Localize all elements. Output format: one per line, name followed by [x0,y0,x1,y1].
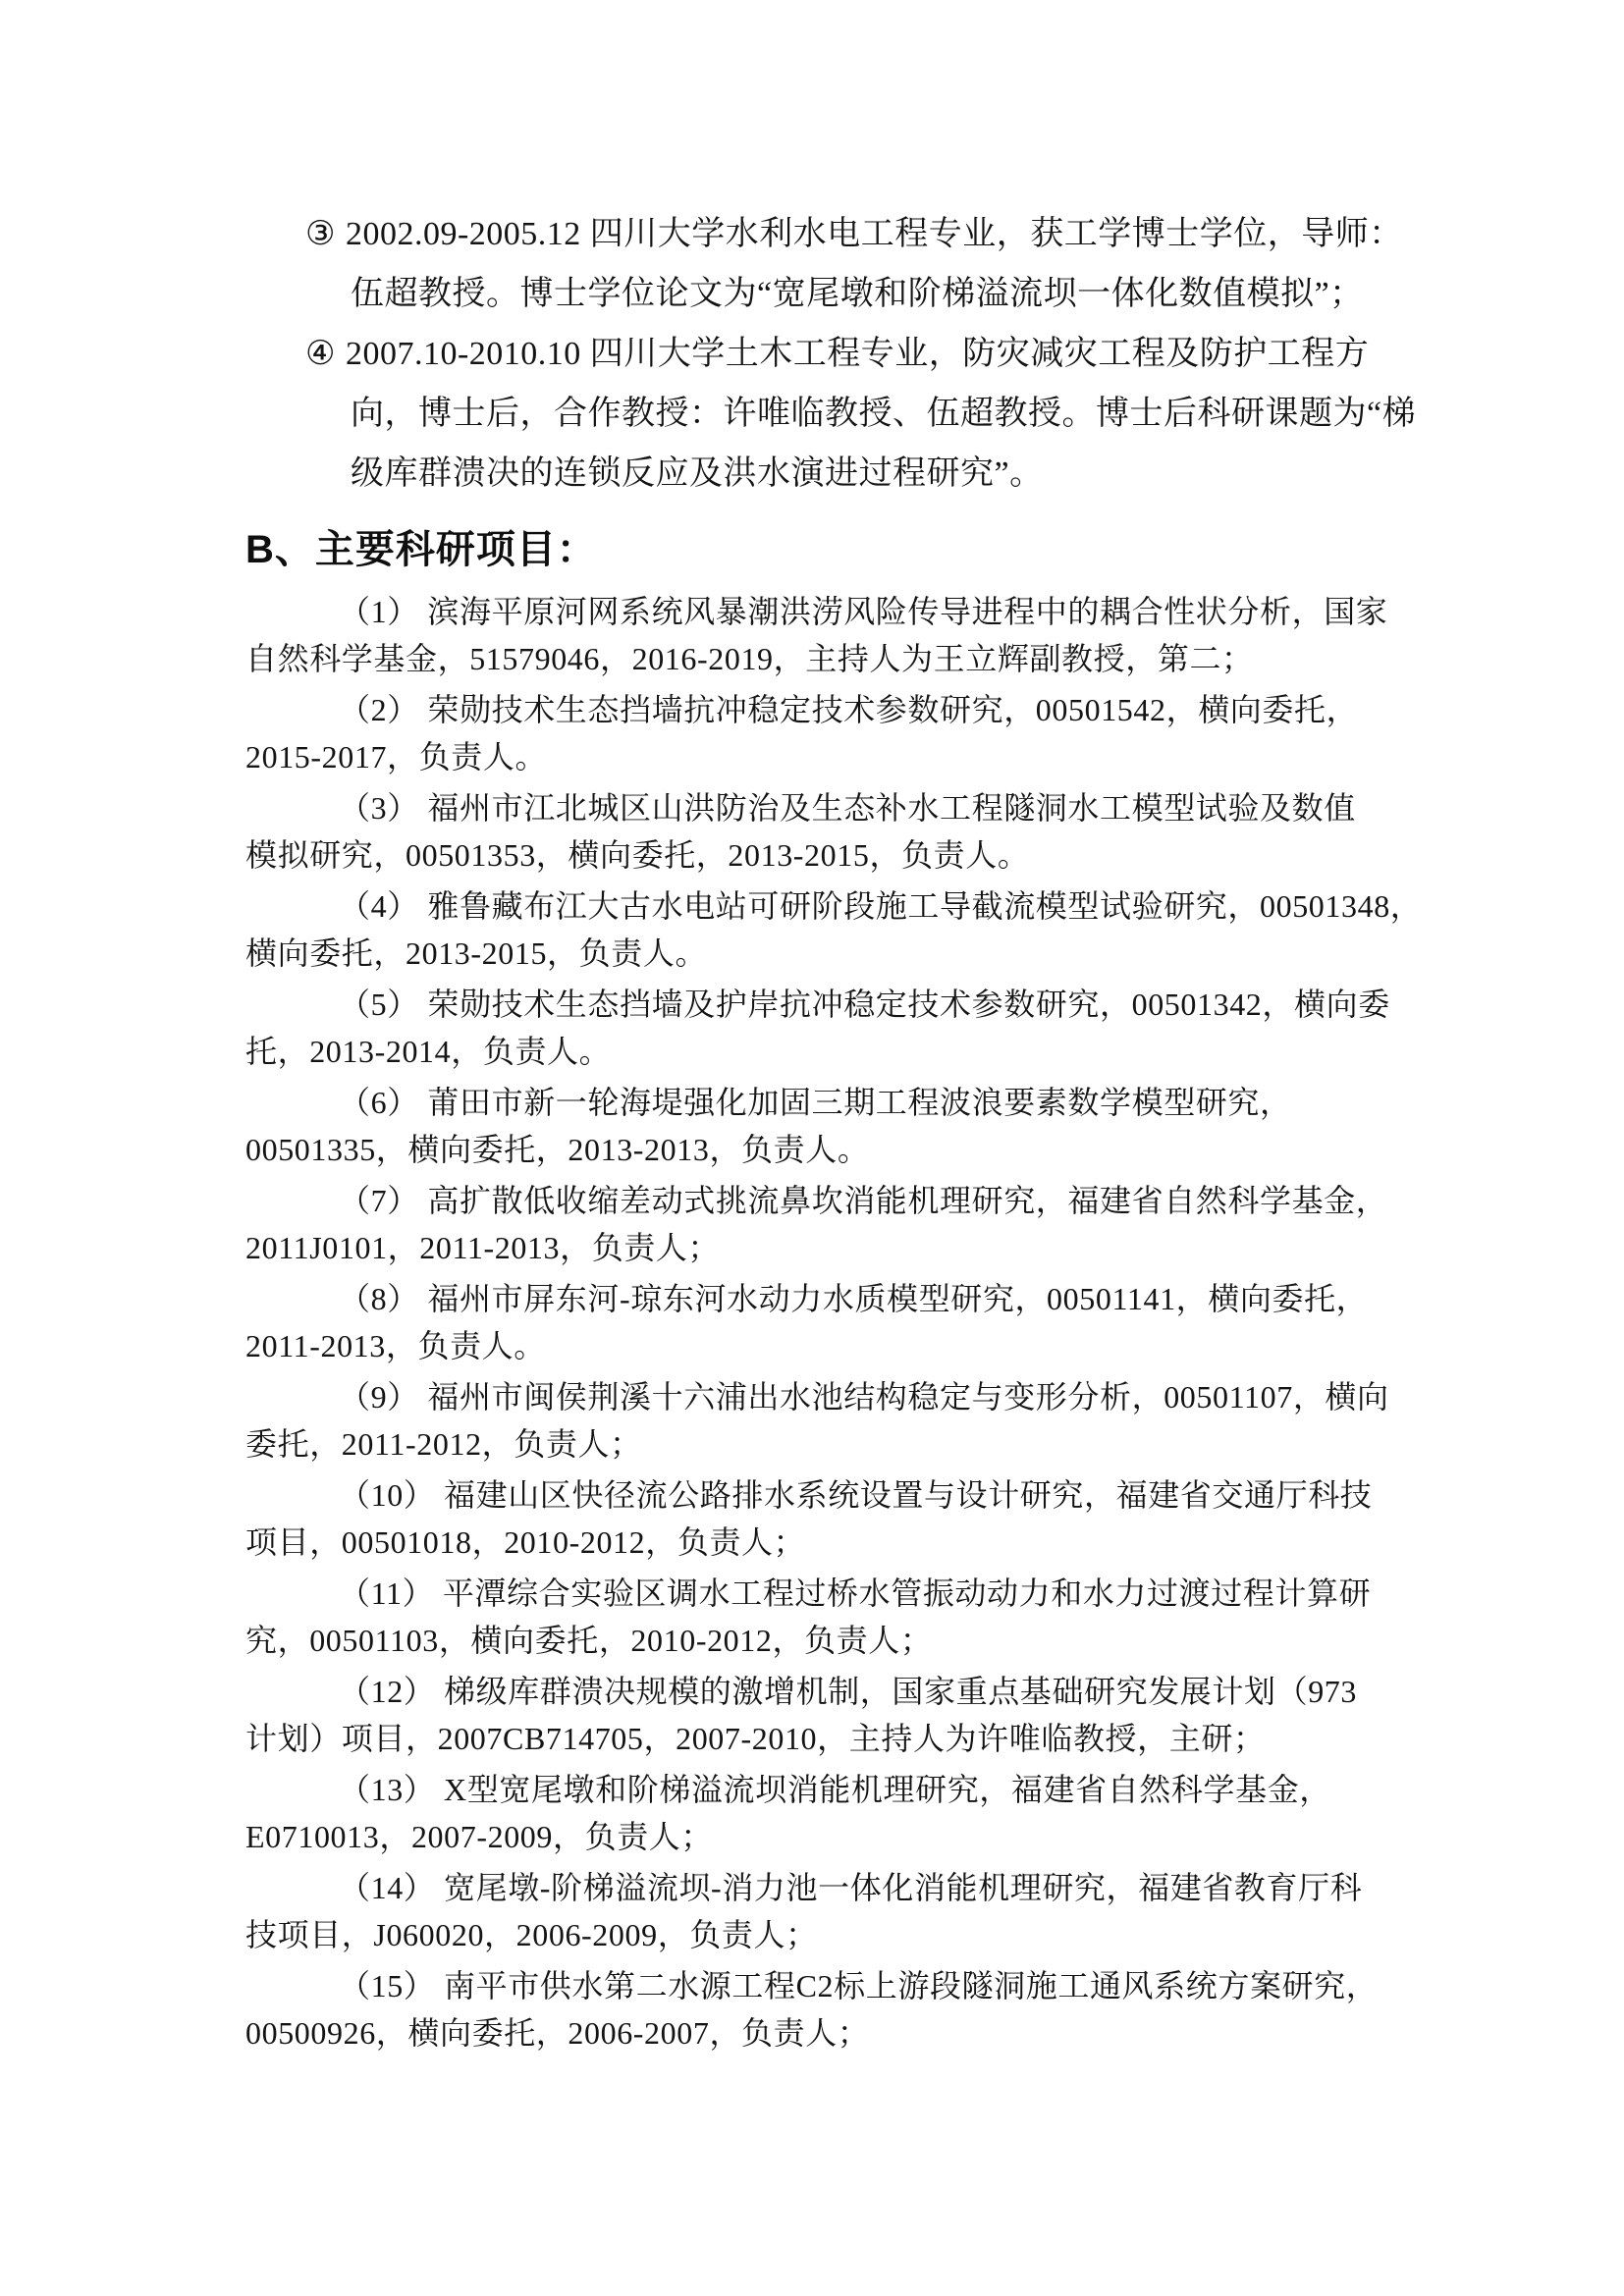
project-line: （6） 莆田市新一轮海堤强化加固三期工程波浪要素数学模型研究， [0,1079,1624,1126]
list-marker-circled-3: ③ [305,204,336,264]
project-line: 技项目，J060020，2006-2009，负责人； [0,1911,1624,1958]
project-line: 00501335，横向委托，2013-2013，负责人。 [0,1126,1624,1173]
project-item-10: （10） 福建山区快径流公路排水系统设置与设计研究，福建省交通厅科技 项目，00… [0,1471,1624,1566]
project-item-12: （12） 梯级库群溃决规模的激增机制，国家重点基础研究发展计划（973 计划）项… [0,1668,1624,1762]
project-line: （8） 福州市屏东河-琼东河水动力水质模型研究，00501141，横向委托， [0,1275,1624,1322]
project-line: 00500926，横向委托，2006-2007，负责人； [0,2009,1624,2056]
project-line: 2015-2017，负责人。 [0,733,1624,780]
project-line: （13） X型宽尾墩和阶梯溢流坝消能机理研究，福建省自然科学基金， [0,1766,1624,1813]
project-item-3: （3） 福州市江北城区山洪防治及生态补水工程隧洞水工模型试验及数值 模拟研究，0… [0,784,1624,879]
project-line: 究，00501103，横向委托，2010-2012，负责人； [0,1617,1624,1664]
education-line: 伍超教授。博士学位论文为“宽尾墩和阶梯溢流坝一体化数值模拟”； [0,264,1624,324]
project-line: 委托，2011-2012，负责人； [0,1420,1624,1468]
document-page: ③2002.09-2005.12 四川大学水利水电工程专业，获工学博士学位，导师… [0,0,1624,2296]
project-line: （9） 福州市闽侯荆溪十六浦出水池结构稳定与变形分析，00501107，横向 [0,1373,1624,1420]
education-line-text: 2007.10-2010.10 四川大学土木工程专业，防灾减灾工程及防护工程方 [346,336,1369,372]
project-line: 自然科学基金，51579046，2016-2019，主持人为王立辉副教授，第二； [0,635,1624,682]
project-item-2: （2） 荣勋技术生态挡墙抗冲稳定技术参数研究，00501542，横向委托， 20… [0,686,1624,780]
project-item-8: （8） 福州市屏东河-琼东河水动力水质模型研究，00501141，横向委托， 2… [0,1275,1624,1369]
project-item-1: （1） 滨海平原河网系统风暴潮洪涝风险传导进程中的耦合性状分析，国家 自然科学基… [0,588,1624,682]
project-line: （4） 雅鲁藏布江大古水电站可研阶段施工导截流模型试验研究，00501348， [0,882,1624,930]
project-line: （3） 福州市江北城区山洪防治及生态补水工程隧洞水工模型试验及数值 [0,784,1624,831]
project-line: （10） 福建山区快径流公路排水系统设置与设计研究，福建省交通厅科技 [0,1471,1624,1519]
project-line: 计划）项目，2007CB714705，2007-2010，主持人为许唯临教授，主… [0,1715,1624,1762]
project-line: （5） 荣勋技术生态挡墙及护岸抗冲稳定技术参数研究，00501342，横向委 [0,981,1624,1028]
education-item-4: ④2007.10-2010.10 四川大学土木工程专业，防灾减灾工程及防护工程方… [0,324,1624,504]
project-line: E0710013，2007-2009，负责人； [0,1813,1624,1860]
education-line: 向，博士后，合作教授：许唯临教授、伍超教授。博士后科研课题为“梯 [0,384,1624,444]
research-projects-list: （1） 滨海平原河网系统风暴潮洪涝风险传导进程中的耦合性状分析，国家 自然科学基… [0,588,1624,2056]
education-line-text: 2002.09-2005.12 四川大学水利水电工程专业，获工学博士学位，导师： [346,216,1403,252]
education-line: 级库群溃决的连锁反应及洪水演进过程研究”。 [0,444,1624,504]
list-marker-circled-4: ④ [305,324,336,384]
project-item-15: （15） 南平市供水第二水源工程C2标上游段隧洞施工通风系统方案研究， 0050… [0,1962,1624,2056]
page-content: ③2002.09-2005.12 四川大学水利水电工程专业，获工学博士学位，导师… [0,0,1624,2060]
project-line: 2011J0101，2011-2013，负责人； [0,1224,1624,1271]
section-b-heading: B、主要科研项目： [0,520,1624,579]
project-line: 项目，00501018，2010-2012，负责人； [0,1519,1624,1566]
project-item-4: （4） 雅鲁藏布江大古水电站可研阶段施工导截流模型试验研究，00501348， … [0,882,1624,977]
project-item-9: （9） 福州市闽侯荆溪十六浦出水池结构稳定与变形分析，00501107，横向 委… [0,1373,1624,1468]
project-line: （2） 荣勋技术生态挡墙抗冲稳定技术参数研究，00501542，横向委托， [0,686,1624,733]
project-line: （15） 南平市供水第二水源工程C2标上游段隧洞施工通风系统方案研究， [0,1962,1624,2009]
project-line: （12） 梯级库群溃决规模的激增机制，国家重点基础研究发展计划（973 [0,1668,1624,1715]
education-line: ④2007.10-2010.10 四川大学土木工程专业，防灾减灾工程及防护工程方 [0,324,1624,384]
project-line: （11） 平潭综合实验区调水工程过桥水管振动动力和水力过渡过程计算研 [0,1570,1624,1617]
project-item-11: （11） 平潭综合实验区调水工程过桥水管振动动力和水力过渡过程计算研 究，005… [0,1570,1624,1664]
project-line: （7） 高扩散低收缩差动式挑流鼻坎消能机理研究，福建省自然科学基金， [0,1177,1624,1224]
project-item-5: （5） 荣勋技术生态挡墙及护岸抗冲稳定技术参数研究，00501342，横向委 托… [0,981,1624,1075]
project-item-14: （14） 宽尾墩-阶梯溢流坝-消力池一体化消能机理研究，福建省教育厅科 技项目，… [0,1864,1624,1958]
project-line: （1） 滨海平原河网系统风暴潮洪涝风险传导进程中的耦合性状分析，国家 [0,588,1624,635]
project-line: 模拟研究，00501353，横向委托，2013-2015，负责人。 [0,831,1624,879]
project-item-7: （7） 高扩散低收缩差动式挑流鼻坎消能机理研究，福建省自然科学基金， 2011J… [0,1177,1624,1271]
project-line: 横向委托，2013-2015，负责人。 [0,930,1624,977]
project-item-6: （6） 莆田市新一轮海堤强化加固三期工程波浪要素数学模型研究， 00501335… [0,1079,1624,1173]
project-item-13: （13） X型宽尾墩和阶梯溢流坝消能机理研究，福建省自然科学基金， E07100… [0,1766,1624,1860]
education-list: ③2002.09-2005.12 四川大学水利水电工程专业，获工学博士学位，导师… [0,0,1624,504]
education-item-3: ③2002.09-2005.12 四川大学水利水电工程专业，获工学博士学位，导师… [0,204,1624,324]
project-line: 2011-2013，负责人。 [0,1322,1624,1369]
education-line: ③2002.09-2005.12 四川大学水利水电工程专业，获工学博士学位，导师… [0,204,1624,264]
project-line: 托，2013-2014，负责人。 [0,1028,1624,1075]
project-line: （14） 宽尾墩-阶梯溢流坝-消力池一体化消能机理研究，福建省教育厅科 [0,1864,1624,1911]
